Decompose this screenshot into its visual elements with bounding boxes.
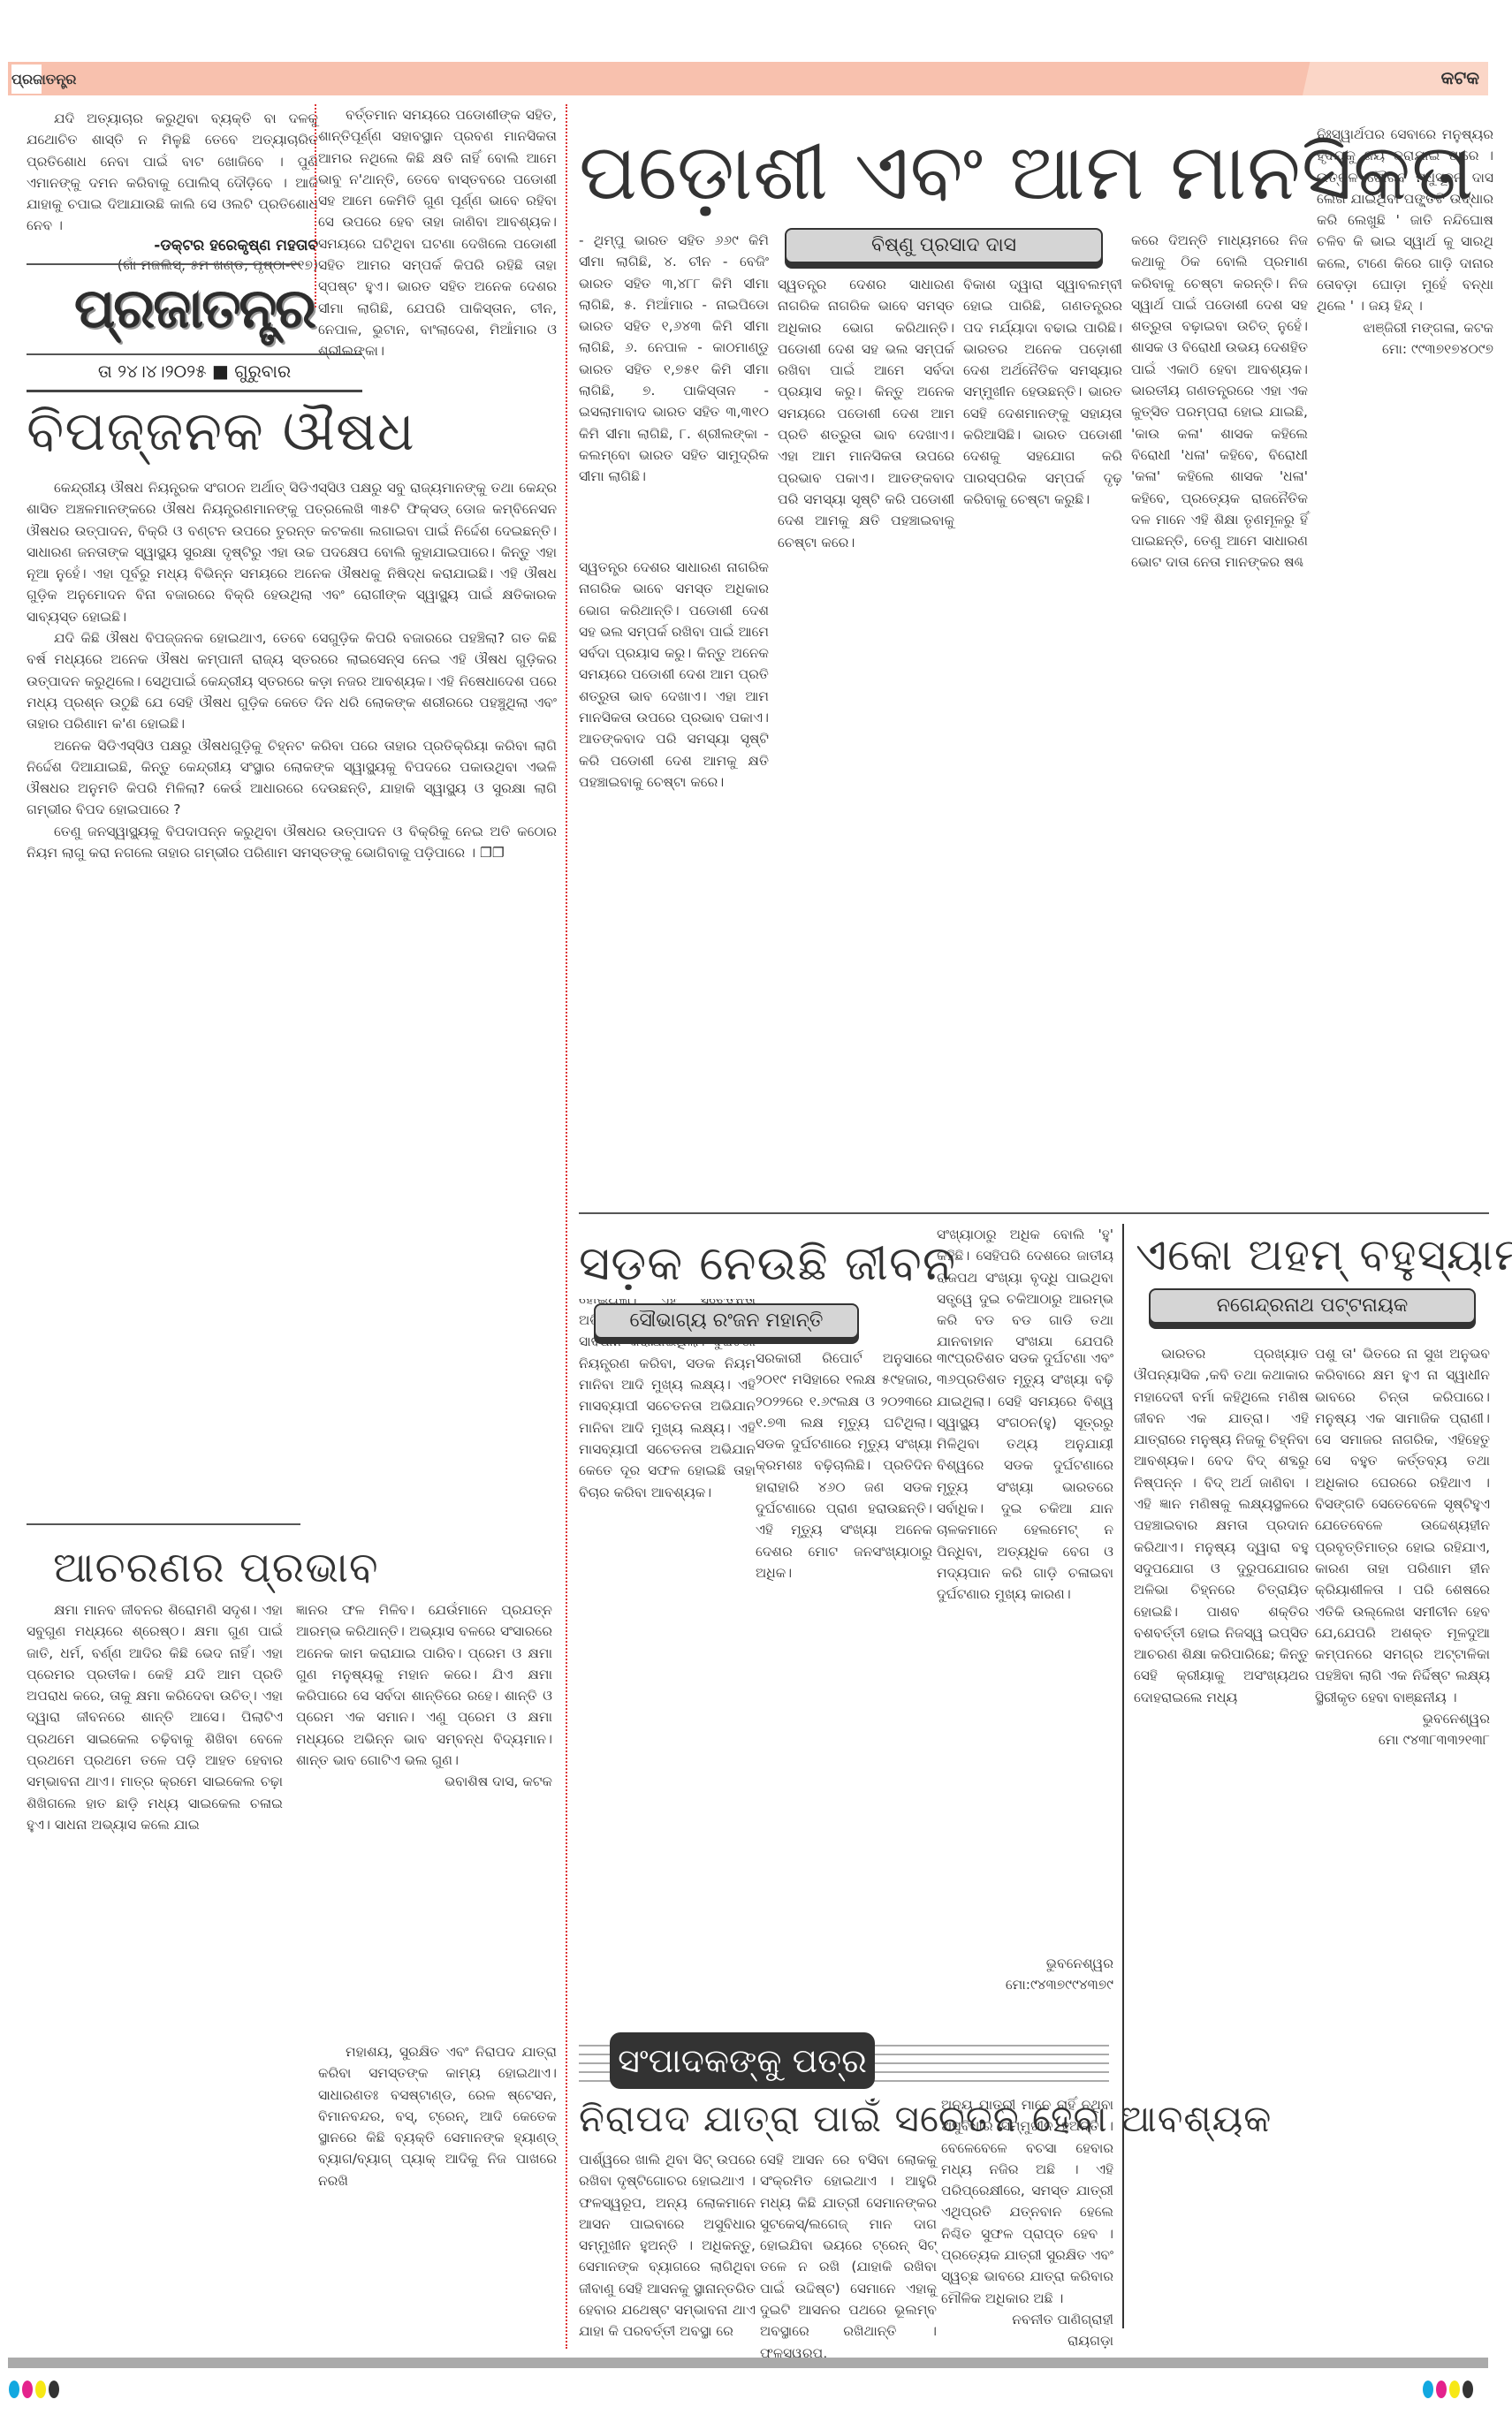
neighbour-text: ସ୍ୱତନ୍ତ୍ର ଦେଶର ସାଧାରଣ ନାଗରିକ ନାଗରିକ ଭାବେ… [778,274,954,553]
road-text: ସରକାରୀ ରିପୋର୍ଟ ଅନୁସାରେ ୨୦୧୯ ମସିହାରେ ୧ଲକ୍… [756,1348,932,1583]
divider [27,390,362,392]
letters-text: ପାର୍ଶ୍ୱରେ ଖାଲି ଥିବା ସିଟ୍ ଉପରେ ରଖିବା ଦୃଷ୍… [579,2149,756,2343]
road-col-3: ସଂଖ୍ୟାଠାରୁ ଅଧିକ ବୋଲି 'ହୁ' କହିଛି। ସେହିପରି… [937,1224,1113,1346]
road-signoff: ଭୁବନେଶ୍ୱର ମୋ:୯୪୩୭୯୯୪୩୭୯ [937,1953,1113,1995]
conduct-col-2: ଜ୍ଞାନର ଫଳ ମିଳିବ। ଯେଉଁମାନେ ପ୍ରଯତ୍ନ ଆରମ୍ଭ … [296,1599,552,1792]
neighbour-text: କରେ ଦିଅନ୍ତି ମାଧ୍ୟମରେ ନିଜ କଥାକୁ ଠିକ ବୋଲି … [1131,230,1308,573]
quote-author: -ଡକ୍ଟର ହରେକୃଷ୍ଣ ମହତାବ [27,237,318,254]
road-col-1: ସରକାରୀ ରିପୋର୍ଟ ଅନୁସାରେ ୨୦୧୯ ମସିହାରେ ୧ଲକ୍… [756,1348,932,1583]
editorial-para: ଅନେକ ସିଡିଏସ୍‌ସିଓ ପକ୍ଷରୁ ଔଷଧଗୁଡ଼ିକୁ ଚିହ୍ନ… [27,735,557,821]
aham-text: ପଶୁ ତା' ଭିତରେ ନା ସୁଖ ଅନୁଭବ କରିବାରେ କ୍ଷମ … [1315,1343,1490,1708]
editorial-para: ତେଣୁ ଜନସ୍ୱାସ୍ଥ୍ୟକୁ ବିପଦାପନ୍ନ କରୁଥିବା ଔଷଧ… [27,821,557,864]
divider [27,263,300,265]
yellow-dot-icon [35,2381,46,2398]
divider [579,1212,1489,1214]
letters-text: ଅନ୍ୟ ଯାତ୍ରୀ ମାନେ ନାହିଁ ନଥିବା ଅସୁବିଧାର ସମ… [941,2094,1113,2309]
magenta-dot-icon [1436,2381,1447,2398]
quote-text: ଯଦି ଅତ୍ୟାଚାର କରୁଥିବା ବ୍ୟକ୍ତି ବା ଦଳକୁ ଯଥୋ… [27,108,318,237]
aham-text: ଭାରତର ପ୍ରଖ୍ୟାତ ଔପନ୍ୟାସିକ ,କବି ତଥା କଥାକାର… [1134,1343,1309,1708]
footer-bar [8,2358,1488,2368]
column-rule [315,104,316,308]
road-text: ସଂଖ୍ୟାଠାରୁ ଅଧିକ ବୋଲି 'ହୁ' କହିଛି। ସେହିପରି… [937,1224,1113,1346]
divider [27,1523,300,1525]
quote-block: ଯଦି ଅତ୍ୟାଚାର କରୁଥିବା ବ୍ୟକ୍ତି ବା ଦଳକୁ ଯଥୋ… [27,108,318,276]
letters-place: ରାୟଗଡ଼ା [941,2330,1113,2351]
neighbour-text: ବର୍ତ୍ତମାନ ସମୟରେ ପଡୋଶୀଙ୍କ ସହିତ, ଶାନ୍ତିପୂର… [318,104,557,362]
masthead: ପ୍ରଜାତନ୍ତ୍ର କଟକ [8,62,1488,95]
road-col-2: ୩୯ପ୍ରତିଶତ ସଡକ ଦୁର୍ଘଟଣା ଏବଂ ୩୬ପ୍ରତିଶତ ମୃତ… [937,1348,1113,1606]
masthead-logo: ପ୍ରଜାତନ୍ତ୍ର [11,65,42,94]
bullet-square-icon: ■ [212,361,234,382]
day: ଗୁରୁବାର [234,361,291,382]
yellow-dot-icon [1449,2381,1460,2398]
neighbour-col-6: ନିଃସ୍ୱାର୍ଥପର ସେବାରେ ମନୁଷ୍ୟର ହୃଦୟକୁ ଜୟ କର… [1317,124,1493,360]
neighbour-col-2b: ସ୍ୱତନ୍ତ୍ର ଦେଶର ସାଧାରଣ ନାଗରିକ ନାଗରିକ ଭାବେ… [579,557,769,793]
road-signature: ଭୁବନେଶ୍ୱର [937,1953,1113,1974]
letters-banner: ସଂପାଦକଙ୍କୁ ପତ୍ର [610,2032,875,2089]
letters-text: ସେହି ଆସନ ରେ ବସିବା ଲୋକକୁ ସଂକ୍ରମିତ ହୋଇଥାଏ … [760,2149,937,2364]
cyan-dot-icon [1423,2381,1433,2398]
divider [27,353,362,355]
neighbour-col-5: କରେ ଦିଅନ୍ତି ମାଧ୍ୟମରେ ନିଜ କଥାକୁ ଠିକ ବୋଲି … [1131,230,1308,573]
editorial-body: କେନ୍ଦ୍ରୀୟ ଔଷଧ ନିୟନ୍ତ୍ରକ ସଂଗଠନ ଅର୍ଥାତ୍ ସି… [27,477,557,863]
road-text: ୩୯ପ୍ରତିଶତ ସଡକ ଦୁର୍ଘଟଣା ଏବଂ ୩୬ପ୍ରତିଶତ ମୃତ… [937,1348,1113,1606]
neighbour-col-2: - ଥିମ୍‌ପୁ ଭାରତ ସହିତ ୬୬୯ କିମି ସୀମା ଲାଗିଛି… [579,230,769,488]
registration-marks-right [1423,2381,1476,2402]
letters-col-1: ପାର୍ଶ୍ୱରେ ଖାଲି ଥିବା ସିଟ୍ ଉପରେ ରଖିବା ଦୃଷ୍… [579,2149,756,2343]
aham-col-2: ପଶୁ ତା' ଭିତରେ ନା ସୁଖ ଅନୁଭବ କରିବାରେ କ୍ଷମ … [1315,1343,1490,1750]
editorial-headline: ବିପଜ୍ଜନକ ଔଷଧ [27,396,566,467]
date: ତା ୨୪।୪।୨୦୨୫ [98,361,207,382]
neighbour-phone: ମୋ: ୯୯୩୭୧୭୪୦୯୭ [1317,338,1493,360]
letters-text: ମହାଶୟ, ସୁରକ୍ଷିତ ଏବଂ ନିରାପଦ ଯାତ୍ରା କରିବା … [318,2041,557,2191]
neighbour-byline: ବିଷ୍ଣୁ ପ୍ରସାଦ ଦାସ [785,228,1103,263]
conduct-col-1: କ୍ଷମା ମାନବ ଜୀବନର ଶିରୋମଣି ସଦୃଶ। ଏହା ସବୁଗୁ… [27,1599,283,1835]
neighbour-text: ବିକାଶ ଦ୍ୱାରା ସ୍ୱାବଲମ୍ବୀ ହୋଇ ପାରିଛି, ଗଣତନ… [963,274,1122,510]
neighbour-col-3: ସ୍ୱତନ୍ତ୍ର ଦେଶର ସାଧାରଣ ନାଗରିକ ନାଗରିକ ଭାବେ… [778,274,954,553]
road-byline: ସୌଭାଗ୍ୟ ରଂଜନ ମହାନ୍ତି [594,1303,859,1339]
aham-byline: ନଗେନ୍ଦ୍ରନାଥ ପଟ୍ଟନାୟକ [1149,1288,1476,1324]
neighbour-text: ନିଃସ୍ୱାର୍ଥପର ସେବାରେ ମନୁଷ୍ୟର ହୃଦୟକୁ ଜୟ କର… [1317,124,1493,317]
aham-col-1: ଭାରତର ପ୍ରଖ୍ୟାତ ଔପନ୍ୟାସିକ ,କବି ତଥା କଥାକାର… [1134,1343,1309,1708]
conduct-signature: ଭବାଶିଷ ଦାସ, କଟକ [296,1771,552,1792]
cyan-dot-icon [9,2381,19,2398]
letters-col-3: ଅନ୍ୟ ଯାତ୍ରୀ ମାନେ ନାହିଁ ନଥିବା ଅସୁବିଧାର ସମ… [941,2094,1113,2351]
column-rule [566,104,567,2349]
editorial: ପ୍ରଜାତନ୍ତ୍ର [27,276,362,341]
conduct-text: ଜ୍ଞାନର ଫଳ ମିଳିବ। ଯେଉଁମାନେ ପ୍ରଯତ୍ନ ଆରମ୍ଭ … [296,1599,552,1771]
neighbour-text: - ଥିମ୍‌ପୁ ଭାରତ ସହିତ ୬୬୯ କିମି ସୀମା ଲାଗିଛି… [579,230,769,488]
road-phone: ମୋ:୯୪୩୭୯୯୪୩୭୯ [937,1974,1113,1995]
editorial-logo: ପ୍ରଜାତନ୍ତ୍ର [27,276,362,341]
neighbour-col-4: ବିକାଶ ଦ୍ୱାରା ସ୍ୱାବଲମ୍ବୀ ହୋଇ ପାରିଛି, ଗଣତନ… [963,274,1122,510]
aham-headline: ଏକୋ ଅହମ୍ ବହୁସ୍ୟାମ [1136,1224,1489,1286]
conduct-headline: ଆଚରଣର ପ୍ରଭାବ [53,1539,548,1596]
letters-col-0: ମହାଶୟ, ସୁରକ୍ଷିତ ଏବଂ ନିରାପଦ ଯାତ୍ରା କରିବା … [318,2041,557,2191]
registration-marks-left [9,2381,62,2402]
black-dot-icon [49,2381,59,2398]
magenta-dot-icon [22,2381,33,2398]
dateline: ତା ୨୪।୪।୨୦୨୫ ■ ଗୁରୁବାର [27,361,362,382]
editorial-para: ଯଦି କିଛି ଔଷଧ ବିପଜ୍ଜନକ ହୋଇଥାଏ, ତେବେ ସେଗୁଡ… [27,627,557,734]
letters-col-2: ସେହି ଆସନ ରେ ବସିବା ଲୋକକୁ ସଂକ୍ରମିତ ହୋଇଥାଏ … [760,2149,937,2364]
road-headline: ସଡ଼କ ନେଉଛି ଜୀବନ [579,1228,932,1299]
editorial-para: କେନ୍ଦ୍ରୀୟ ଔଷଧ ନିୟନ୍ତ୍ରକ ସଂଗଠନ ଅର୍ଥାତ୍ ସି… [27,477,557,627]
neighbour-col-1: ବର୍ତ୍ତମାନ ସମୟରେ ପଡୋଶୀଙ୍କ ସହିତ, ଶାନ୍ତିପୂର… [318,104,557,362]
masthead-city: କଟକ [1441,67,1479,88]
aham-phone: ମୋ ୯୪୩୮୩୩୨୧୩୮ [1315,1729,1490,1750]
neighbour-text: ସ୍ୱତନ୍ତ୍ର ଦେଶର ସାଧାରଣ ନାଗରିକ ନାଗରିକ ଭାବେ… [579,557,769,793]
letters-signature: ନବନୀତ ପାଣିଗ୍ରାହୀ [941,2309,1113,2330]
black-dot-icon [1463,2381,1473,2398]
conduct-text: କ୍ଷମା ମାନବ ଜୀବନର ଶିରୋମଣି ସଦୃଶ। ଏହା ସବୁଗୁ… [27,1599,283,1835]
neighbour-signature: ଝାଞ୍ଜିରୀ ମଙ୍ଗଳା, କଟକ [1317,317,1493,338]
aham-signature: ଭୁବନେଶ୍ୱର [1315,1708,1490,1729]
